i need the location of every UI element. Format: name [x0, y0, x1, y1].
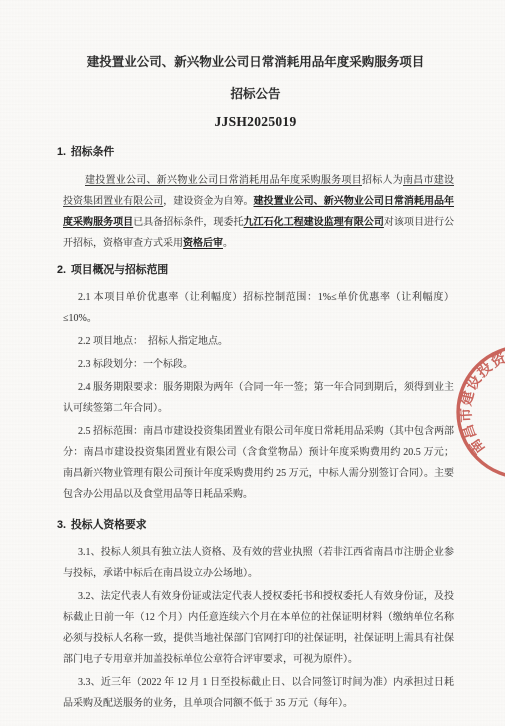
- official-seal-stamp: 南昌市建设投资集团置业有限公司: [450, 338, 505, 488]
- item-3-1: 3.1、投标人须具有独立法人资格、及有效的营业执照（若非江西省南昌市注册企业参与…: [63, 542, 454, 584]
- section-1-number: 1.: [57, 146, 66, 158]
- item-2-5: 2.5 招标范围：南昌市建设投资集团置业有限公司年度日常耗用品采购（其中包含两部…: [63, 421, 454, 505]
- section-3-label: 投标人资格要求: [71, 519, 147, 531]
- section-2-label: 项目概况与招标范围: [71, 264, 168, 276]
- item-2-2: 2.2 项目地点： 招标人指定地点。: [63, 331, 454, 352]
- section-2-heading: 2.项目概况与招标范围: [57, 260, 454, 280]
- doc-title-line1: 建投置业公司、新兴物业公司日常消耗用品年度采购服务项目: [57, 54, 454, 70]
- document-page: 建投置业公司、新兴物业公司日常消耗用品年度采购服务项目 招标公告 JJSH202…: [0, 0, 505, 726]
- item-3-3: 3.3、近三年（2022 年 12 月 1 日至投标截止日、以合同签订时间为准）…: [63, 672, 454, 714]
- item-3-2: 3.2、法定代表人有效身份证或法定代表人授权委托书和授权委托人有效身份证，及投标…: [63, 586, 454, 670]
- item-2-4: 2.4 服务期限要求：服务期限为两年（合同一年一签；第一年合同到期后，须得到业主…: [63, 377, 454, 419]
- section-3-number: 3.: [57, 519, 66, 531]
- section-1-paragraph: 建投置业公司、新兴物业公司日常消耗用品年度采购服务项目招标人为南昌市建设投资集团…: [63, 170, 454, 254]
- item-2-3: 2.3 标段划分：一个标段。: [63, 354, 454, 375]
- section-1-heading: 1.招标条件: [57, 142, 454, 162]
- section-1-label: 招标条件: [71, 146, 114, 158]
- section-2-number: 2.: [57, 264, 66, 276]
- doc-title-line2: 招标公告: [57, 86, 454, 102]
- item-2-1: 2.1 本项目单价优惠率（让利幅度）招标控制范围：1%≤单价优惠率（让利幅度）≤…: [63, 287, 454, 329]
- document-body: 建投置业公司、新兴物业公司日常消耗用品年度采购服务项目 招标公告 JJSH202…: [0, 0, 505, 714]
- section-3-heading: 3.投标人资格要求: [57, 515, 454, 535]
- doc-number: JJSH2025019: [57, 113, 454, 130]
